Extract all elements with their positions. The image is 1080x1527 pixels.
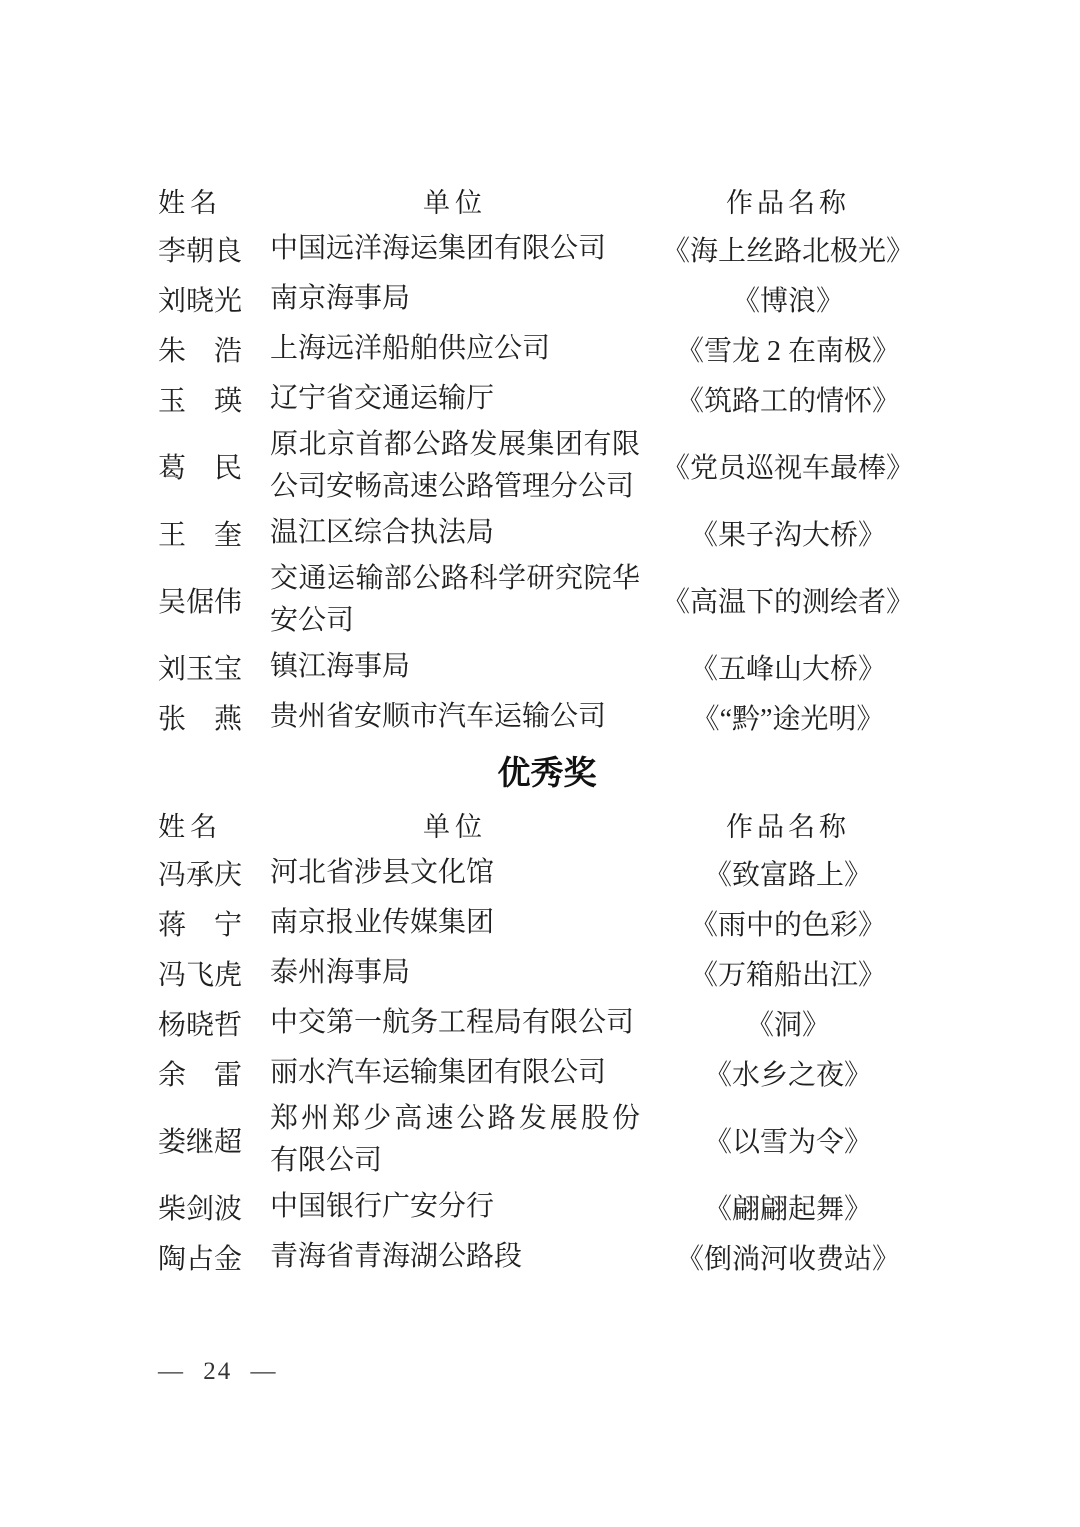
table-row: 朱 浩上海远洋船舶供应公司《雪龙 2 在南极》 [158, 324, 936, 374]
work-title: 《洞》 [640, 998, 936, 1048]
unit-line: 丽水汽车运输集团有限公司 [270, 1052, 640, 1094]
table-row: 陶占金青海省青海湖公路段《倒淌河收费站》 [158, 1232, 936, 1282]
table-row: 李朝良中国远洋海运集团有限公司《海上丝路北极光》 [158, 224, 936, 274]
unit-line: 中国远洋海运集团有限公司 [270, 228, 640, 270]
unit-line: 有限公司 [270, 1140, 640, 1182]
unit-line: 青海省青海湖公路段 [270, 1236, 640, 1278]
winner-name: 刘晓光 [158, 274, 270, 324]
unit-line: 公司安畅高速公路管理分公司 [270, 466, 640, 508]
work-title: 《海上丝路北极光》 [640, 224, 936, 274]
winner-name: 吴倨伟 [158, 558, 270, 642]
winner-name: 柴剑波 [158, 1182, 270, 1232]
work-title: 《致富路上》 [640, 848, 936, 898]
table-row: 冯飞虎泰州海事局《万箱船出江》 [158, 948, 936, 998]
work-title: 《五峰山大桥》 [640, 642, 936, 692]
work-title: 《万箱船出江》 [640, 948, 936, 998]
work-title: 《“黔”途光明》 [640, 692, 936, 742]
unit-line: 温江区综合执法局 [270, 512, 640, 554]
work-title: 《以雪为令》 [640, 1098, 936, 1182]
unit-line: 交通运输部公路科学研究院华 [270, 558, 640, 600]
unit-line: 镇江海事局 [270, 646, 640, 688]
work-title: 《高温下的测绘者》 [640, 558, 936, 642]
winner-name: 陶占金 [158, 1232, 270, 1282]
work-title: 《翩翩起舞》 [640, 1182, 936, 1232]
winner-name: 葛 民 [158, 424, 270, 508]
winner-name: 朱 浩 [158, 324, 270, 374]
column-header-unit: 单位 [270, 176, 640, 224]
table-row: 娄继超郑州郑少高速公路发展股份有限公司《以雪为令》 [158, 1098, 936, 1182]
table-header-row: 姓名 单位 作品名称 [158, 800, 936, 848]
column-header-name: 姓名 [158, 800, 270, 848]
unit-line: 泰州海事局 [270, 952, 640, 994]
winner-unit: 上海远洋船舶供应公司 [270, 324, 640, 374]
awards-table-2-body: 冯承庆河北省涉县文化馆《致富路上》蒋 宁南京报业传媒集团《雨中的色彩》冯飞虎泰州… [158, 848, 936, 1282]
winner-name: 蒋 宁 [158, 898, 270, 948]
work-title: 《博浪》 [640, 274, 936, 324]
table-row: 刘玉宝镇江海事局《五峰山大桥》 [158, 642, 936, 692]
unit-line: 郑州郑少高速公路发展股份 [270, 1098, 640, 1140]
awards-table-1-body: 李朝良中国远洋海运集团有限公司《海上丝路北极光》刘晓光南京海事局《博浪》朱 浩上… [158, 224, 936, 742]
table-row: 杨晓哲中交第一航务工程局有限公司《洞》 [158, 998, 936, 1048]
award-list-section-2: 姓名 单位 作品名称 冯承庆河北省涉县文化馆《致富路上》蒋 宁南京报业传媒集团《… [158, 800, 1080, 1282]
winner-unit: 中交第一航务工程局有限公司 [270, 998, 640, 1048]
unit-line: 中国银行广安分行 [270, 1186, 640, 1228]
winner-name: 娄继超 [158, 1098, 270, 1182]
table-row: 葛 民原北京首都公路发展集团有限公司安畅高速公路管理分公司《党员巡视车最棒》 [158, 424, 936, 508]
winner-unit: 温江区综合执法局 [270, 508, 640, 558]
document-page: 姓名 单位 作品名称 李朝良中国远洋海运集团有限公司《海上丝路北极光》刘晓光南京… [0, 0, 1080, 1527]
work-title: 《党员巡视车最棒》 [640, 424, 936, 508]
unit-line: 南京海事局 [270, 278, 640, 320]
table-row: 玉 瑛辽宁省交通运输厅《筑路工的情怀》 [158, 374, 936, 424]
table-row: 刘晓光南京海事局《博浪》 [158, 274, 936, 324]
unit-line: 辽宁省交通运输厅 [270, 378, 640, 420]
winner-unit: 辽宁省交通运输厅 [270, 374, 640, 424]
unit-line: 贵州省安顺市汽车运输公司 [270, 696, 640, 738]
winner-unit: 南京海事局 [270, 274, 640, 324]
work-title: 《倒淌河收费站》 [640, 1232, 936, 1282]
unit-line: 河北省涉县文化馆 [270, 852, 640, 894]
winner-unit: 丽水汽车运输集团有限公司 [270, 1048, 640, 1098]
table-row: 张 燕贵州省安顺市汽车运输公司《“黔”途光明》 [158, 692, 936, 742]
work-title: 《雨中的色彩》 [640, 898, 936, 948]
winner-unit: 镇江海事局 [270, 642, 640, 692]
winner-unit: 中国远洋海运集团有限公司 [270, 224, 640, 274]
awards-table-1: 姓名 单位 作品名称 李朝良中国远洋海运集团有限公司《海上丝路北极光》刘晓光南京… [158, 176, 936, 742]
winner-unit: 泰州海事局 [270, 948, 640, 998]
work-title: 《筑路工的情怀》 [640, 374, 936, 424]
table-row: 王 奎温江区综合执法局《果子沟大桥》 [158, 508, 936, 558]
column-header-work: 作品名称 [640, 176, 936, 224]
winner-unit: 青海省青海湖公路段 [270, 1232, 640, 1282]
column-header-work: 作品名称 [640, 800, 936, 848]
table-row: 余 雷丽水汽车运输集团有限公司《水乡之夜》 [158, 1048, 936, 1098]
column-header-name: 姓名 [158, 176, 270, 224]
winner-name: 冯承庆 [158, 848, 270, 898]
winner-unit: 郑州郑少高速公路发展股份有限公司 [270, 1098, 640, 1182]
unit-line: 中交第一航务工程局有限公司 [270, 1002, 640, 1044]
work-title: 《果子沟大桥》 [640, 508, 936, 558]
awards-table-2: 姓名 单位 作品名称 冯承庆河北省涉县文化馆《致富路上》蒋 宁南京报业传媒集团《… [158, 800, 936, 1282]
winner-unit: 河北省涉县文化馆 [270, 848, 640, 898]
work-title: 《雪龙 2 在南极》 [640, 324, 936, 374]
table-row: 吴倨伟交通运输部公路科学研究院华安公司《高温下的测绘者》 [158, 558, 936, 642]
winner-name: 李朝良 [158, 224, 270, 274]
winner-unit: 交通运输部公路科学研究院华安公司 [270, 558, 640, 642]
winner-name: 玉 瑛 [158, 374, 270, 424]
unit-line: 上海远洋船舶供应公司 [270, 328, 640, 370]
winner-name: 余 雷 [158, 1048, 270, 1098]
winner-name: 张 燕 [158, 692, 270, 742]
table-row: 冯承庆河北省涉县文化馆《致富路上》 [158, 848, 936, 898]
table-row: 柴剑波中国银行广安分行《翩翩起舞》 [158, 1182, 936, 1232]
winner-unit: 贵州省安顺市汽车运输公司 [270, 692, 640, 742]
winner-unit: 南京报业传媒集团 [270, 898, 640, 948]
winner-name: 王 奎 [158, 508, 270, 558]
unit-line: 安公司 [270, 600, 640, 642]
work-title: 《水乡之夜》 [640, 1048, 936, 1098]
table-row: 蒋 宁南京报业传媒集团《雨中的色彩》 [158, 898, 936, 948]
page-number: — 24 — [158, 1358, 278, 1386]
award-list-section-1: 姓名 单位 作品名称 李朝良中国远洋海运集团有限公司《海上丝路北极光》刘晓光南京… [158, 176, 1080, 742]
winner-name: 杨晓哲 [158, 998, 270, 1048]
section-title-excellence-award: 优秀奖 [158, 756, 936, 790]
winner-unit: 中国银行广安分行 [270, 1182, 640, 1232]
table-header-row: 姓名 单位 作品名称 [158, 176, 936, 224]
column-header-unit: 单位 [270, 800, 640, 848]
unit-line: 南京报业传媒集团 [270, 902, 640, 944]
winner-unit: 原北京首都公路发展集团有限公司安畅高速公路管理分公司 [270, 424, 640, 508]
winner-name: 刘玉宝 [158, 642, 270, 692]
unit-line: 原北京首都公路发展集团有限 [270, 424, 640, 466]
winner-name: 冯飞虎 [158, 948, 270, 998]
